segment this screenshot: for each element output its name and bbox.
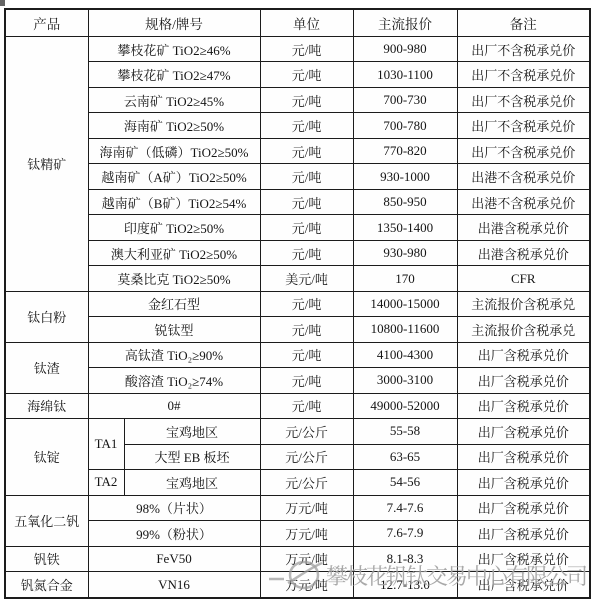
table-row: TA2 宝鸡地区 元/公斤 54-56 出厂含税承兑价: [5, 470, 590, 495]
cell-unit: 万元/吨: [260, 546, 353, 571]
cell-price: 14000-15000: [353, 291, 457, 316]
cell-spec: 攀枝花矿 TiO2≥46%: [88, 36, 260, 61]
cell-note: 出厂含税承兑价: [457, 572, 590, 598]
table-row: 钒氮合金 VN16 万元/吨 12.7-13.0 出厂含税承兑价: [5, 572, 590, 598]
cell-note: 出港含税承兑价: [457, 215, 590, 240]
cell-unit: 元/公斤: [260, 470, 353, 495]
cell-note: CFR: [457, 266, 590, 291]
cell-spec: 越南矿（B矿）TiO2≥54%: [88, 189, 260, 214]
cell-note: 主流报价含税承兑: [457, 291, 590, 316]
table-row: 澳大利亚矿 TiO2≥50% 元/吨 930-980 出港含税承兑价: [5, 240, 590, 265]
cell-unit: 元/吨: [260, 393, 353, 418]
header-note: 备注: [457, 9, 590, 36]
cell-note: 出港不含税承兑价: [457, 189, 590, 214]
cell-unit: 元/吨: [260, 189, 353, 214]
cell-spec: 宝鸡地区: [124, 419, 260, 444]
header-row: 产品 规格/牌号 单位 主流报价 备注: [5, 9, 590, 36]
cell-product-group: 海绵钛: [5, 393, 88, 418]
cell-spec: 金红石型: [88, 291, 260, 316]
table-row: 印度矿 TiO2≥50% 元/吨 1350-1400 出港含税承兑价: [5, 215, 590, 240]
table-row: 酸溶渣 TiO₂≥74% 元/吨 3000-3100 出厂含税承兑价: [5, 368, 590, 393]
table-row: 99%（粉状） 万元/吨 7.6-7.9 出厂含税承兑价: [5, 521, 590, 546]
cell-price: 170: [353, 266, 457, 291]
cell-unit: 元/公斤: [260, 444, 353, 469]
cell-spec: VN16: [88, 572, 260, 598]
cell-note: 出厂不含税承兑价: [457, 138, 590, 163]
cell-price: 1350-1400: [353, 215, 457, 240]
screenshot-page: 产品 规格/牌号 单位 主流报价 备注 钛精矿 攀枝花矿 TiO2≥46% 元/…: [0, 0, 594, 604]
cell-note: 出厂不含税承兑价: [457, 36, 590, 61]
cell-product-group: 钛精矿: [5, 36, 88, 291]
cell-price: 700-780: [353, 113, 457, 138]
cell-price: 930-980: [353, 240, 457, 265]
cell-price: 850-950: [353, 189, 457, 214]
cell-unit: 元/吨: [260, 62, 353, 87]
table-row: 云南矿 TiO2≥45% 元/吨 700-730 出厂不含税承兑价: [5, 87, 590, 112]
cell-spec: 98%（片状）: [88, 495, 260, 520]
price-table: 产品 规格/牌号 单位 主流报价 备注 钛精矿 攀枝花矿 TiO2≥46% 元/…: [4, 8, 591, 599]
cell-note: 出厂含税承兑价: [457, 444, 590, 469]
cell-price: 700-730: [353, 87, 457, 112]
cell-unit: 元/吨: [260, 317, 353, 342]
cell-spec: 海南矿 TiO2≥50%: [88, 113, 260, 138]
cell-spec: 印度矿 TiO2≥50%: [88, 215, 260, 240]
cell-note: 出港含税承兑价: [457, 240, 590, 265]
cell-price: 10800-11600: [353, 317, 457, 342]
cell-unit: 美元/吨: [260, 266, 353, 291]
table-row: 越南矿（B矿）TiO2≥54% 元/吨 850-950 出港不含税承兑价: [5, 189, 590, 214]
cell-unit: 万元/吨: [260, 521, 353, 546]
cell-product-group: 钒氮合金: [5, 572, 88, 598]
cell-spec: 高钛渣 TiO₂≥90%: [88, 342, 260, 367]
header-unit: 单位: [260, 9, 353, 36]
cell-price: 49000-52000: [353, 393, 457, 418]
table-row: 海绵钛 0# 元/吨 49000-52000 出厂含税承兑价: [5, 393, 590, 418]
cell-note: 出厂含税承兑价: [457, 495, 590, 520]
cell-spec: 越南矿（A矿）TiO2≥50%: [88, 164, 260, 189]
cell-spec: 宝鸡地区: [124, 470, 260, 495]
table-row: 海南矿 TiO2≥50% 元/吨 700-780 出厂不含税承兑价: [5, 113, 590, 138]
cell-unit: 元/吨: [260, 138, 353, 163]
cell-unit: 元/吨: [260, 291, 353, 316]
cell-spec: 澳大利亚矿 TiO2≥50%: [88, 240, 260, 265]
cell-price: 930-1000: [353, 164, 457, 189]
table-row: 锐钛型 元/吨 10800-11600 主流报价含税承兑: [5, 317, 590, 342]
cell-spec: 云南矿 TiO2≥45%: [88, 87, 260, 112]
cell-price: 900-980: [353, 36, 457, 61]
cell-spec: 海南矿（低磷）TiO2≥50%: [88, 138, 260, 163]
cell-price: 63-65: [353, 444, 457, 469]
table-row: 莫桑比克 TiO2≥50% 美元/吨 170 CFR: [5, 266, 590, 291]
cell-grade: TA1: [88, 419, 124, 470]
cell-price: 1030-1100: [353, 62, 457, 87]
cell-product-group: 钛白粉: [5, 291, 88, 342]
cell-spec: 0#: [88, 393, 260, 418]
cell-unit: 元/吨: [260, 164, 353, 189]
cell-spec: 莫桑比克 TiO2≥50%: [88, 266, 260, 291]
cell-unit: 万元/吨: [260, 572, 353, 598]
table-row: 钛白粉 金红石型 元/吨 14000-15000 主流报价含税承兑: [5, 291, 590, 316]
cell-product-group: 钛渣: [5, 342, 88, 393]
cell-unit: 元/吨: [260, 113, 353, 138]
table-row: 海南矿（低磷）TiO2≥50% 元/吨 770-820 出厂不含税承兑价: [5, 138, 590, 163]
cell-price: 7.4-7.6: [353, 495, 457, 520]
cell-note: 出港不含税承兑价: [457, 164, 590, 189]
cell-note: 出厂含税承兑价: [457, 368, 590, 393]
cell-note: 出厂含税承兑价: [457, 419, 590, 444]
cell-product-group: 五氧化二钒: [5, 495, 88, 546]
cell-note: 出厂含税承兑价: [457, 470, 590, 495]
cell-note: 出厂含税承兑价: [457, 521, 590, 546]
cell-unit: 元/吨: [260, 368, 353, 393]
cell-unit: 元/吨: [260, 36, 353, 61]
cell-unit: 万元/吨: [260, 495, 353, 520]
table-row: 越南矿（A矿）TiO2≥50% 元/吨 930-1000 出港不含税承兑价: [5, 164, 590, 189]
cell-spec: 99%（粉状）: [88, 521, 260, 546]
cell-price: 55-58: [353, 419, 457, 444]
cell-note: 主流报价含税承兑: [457, 317, 590, 342]
cell-product-group: 钛锭: [5, 419, 88, 495]
cell-product-group: 钒铁: [5, 546, 88, 571]
cell-unit: 元/吨: [260, 342, 353, 367]
table-row: 钒铁 FeV50 万元/吨 8.1-8.3 出厂含税承兑价: [5, 546, 590, 571]
cell-note: 出厂含税承兑价: [457, 546, 590, 571]
cell-note: 出厂含税承兑价: [457, 393, 590, 418]
cell-price: 770-820: [353, 138, 457, 163]
cell-unit: 元/吨: [260, 87, 353, 112]
cell-note: 出厂含税承兑价: [457, 342, 590, 367]
table-row: 五氧化二钒 98%（片状） 万元/吨 7.4-7.6 出厂含税承兑价: [5, 495, 590, 520]
cell-price: 4100-4300: [353, 342, 457, 367]
cell-unit: 元/吨: [260, 240, 353, 265]
cell-spec: 攀枝花矿 TiO2≥47%: [88, 62, 260, 87]
cell-price: 8.1-8.3: [353, 546, 457, 571]
cell-spec: 锐钛型: [88, 317, 260, 342]
header-product: 产品: [5, 9, 88, 36]
cell-spec: FeV50: [88, 546, 260, 571]
cell-spec: 酸溶渣 TiO₂≥74%: [88, 368, 260, 393]
cell-note: 出厂不含税承兑价: [457, 113, 590, 138]
cell-spec: 大型 EB 板坯: [124, 444, 260, 469]
cell-price: 3000-3100: [353, 368, 457, 393]
table-row: 钛锭 TA1 宝鸡地区 元/公斤 55-58 出厂含税承兑价: [5, 419, 590, 444]
cell-unit: 元/公斤: [260, 419, 353, 444]
corner-artifact: [0, 0, 5, 6]
cell-note: 出厂不含税承兑价: [457, 62, 590, 87]
header-price: 主流报价: [353, 9, 457, 36]
cell-grade: TA2: [88, 470, 124, 495]
cell-price: 12.7-13.0: [353, 572, 457, 598]
cell-price: 54-56: [353, 470, 457, 495]
cell-price: 7.6-7.9: [353, 521, 457, 546]
table-row: 攀枝花矿 TiO2≥47% 元/吨 1030-1100 出厂不含税承兑价: [5, 62, 590, 87]
table-row: 钛精矿 攀枝花矿 TiO2≥46% 元/吨 900-980 出厂不含税承兑价: [5, 36, 590, 61]
cell-unit: 元/吨: [260, 215, 353, 240]
table-row: 钛渣 高钛渣 TiO₂≥90% 元/吨 4100-4300 出厂含税承兑价: [5, 342, 590, 367]
header-spec: 规格/牌号: [88, 9, 260, 36]
cell-note: 出厂不含税承兑价: [457, 87, 590, 112]
